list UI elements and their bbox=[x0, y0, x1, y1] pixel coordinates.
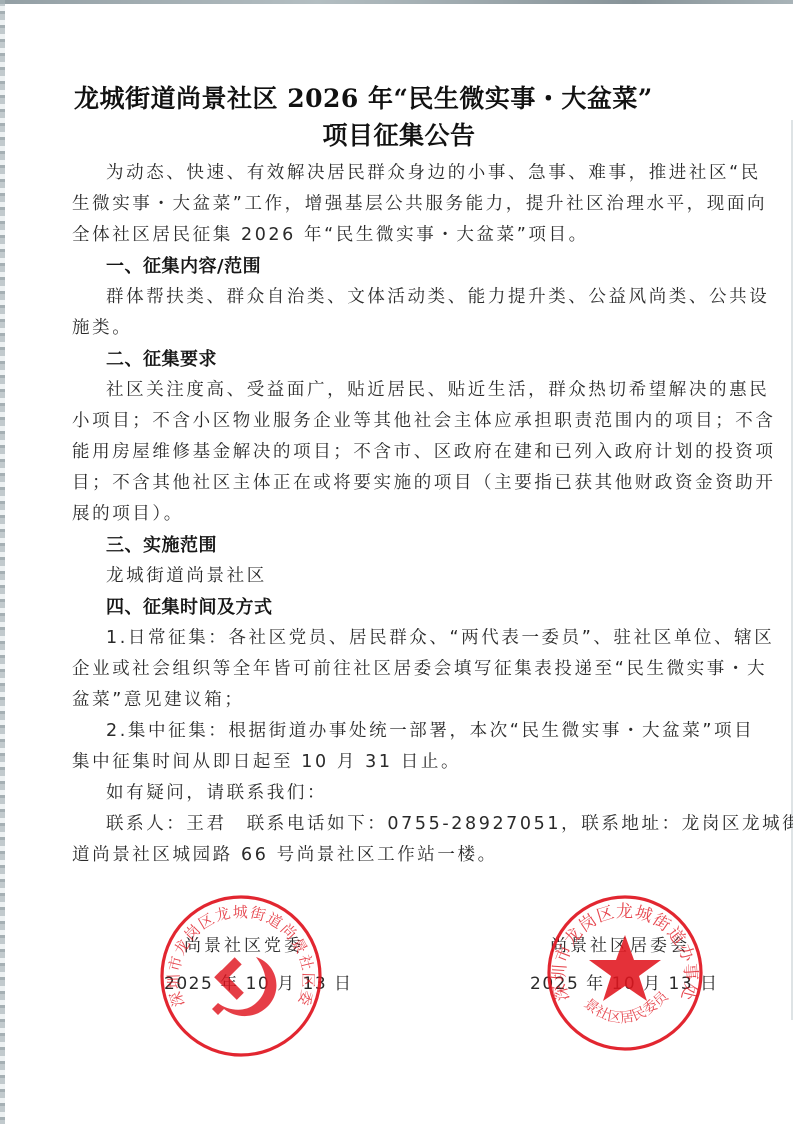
section-body-requirements: 社区关注度高、受益面广，贴近居民、贴近生活，群众热切希望解决的惠民 小项目；不含… bbox=[72, 375, 726, 530]
signature-party-committee: 尚景社区党委 2025 年 10 月 13 日 bbox=[164, 927, 353, 1003]
text-line: 施类。 bbox=[72, 313, 726, 344]
document-page: 龙城街道尚景社区 2026 年“民生微实事・大盆菜” 项目征集公告 为动态、快速… bbox=[72, 80, 726, 871]
text-line: 群体帮扶类、群众自治类、文体活动类、能力提升类、公益风尚类、公共设 bbox=[72, 282, 726, 313]
section-body-scope: 群体帮扶类、群众自治类、文体活动类、能力提升类、公益风尚类、公共设 施类。 bbox=[72, 282, 726, 344]
section-heading-requirements: 二、征集要求 bbox=[72, 344, 726, 375]
text-line: 为动态、快速、有效解决居民群众身边的小事、急事、难事，推进社区“民 bbox=[72, 158, 726, 189]
title-line-1: 龙城街道尚景社区 2026 年“民生微实事・大盆菜” bbox=[74, 80, 726, 117]
text-line: 目；不含其他社区主体正在或将要实施的项目（主要指已获其他财政资金资助开 bbox=[72, 468, 726, 499]
text-line: 2.集中征集：根据街道办事处统一部署，本次“民生微实事・大盆菜”项目 bbox=[72, 716, 726, 747]
text-line: 能用房屋维修基金解决的项目；不含市、区政府在建和已列入政府计划的投资项 bbox=[72, 437, 726, 468]
contact-address-line: 道尚景社区城园路 66 号尚景社区工作站一楼。 bbox=[72, 840, 726, 871]
document-title: 龙城街道尚景社区 2026 年“民生微实事・大盆菜” 项目征集公告 bbox=[72, 80, 726, 154]
text-line: 集中征集时间从即日起至 10 月 31 日止。 bbox=[72, 747, 726, 778]
text-line: 全体社区居民征集 2026 年“民生微实事・大盆菜”项目。 bbox=[72, 220, 726, 251]
document-body: 为动态、快速、有效解决居民群众身边的小事、急事、难事，推进社区“民 生微实事・大… bbox=[72, 158, 726, 871]
intro-paragraph: 为动态、快速、有效解决居民群众身边的小事、急事、难事，推进社区“民 生微实事・大… bbox=[72, 158, 726, 251]
text-line: 社区关注度高、受益面广，贴近居民、贴近生活，群众热切希望解决的惠民 bbox=[72, 375, 726, 406]
signature-date: 2025 年 10 月 13 日 bbox=[164, 965, 353, 1003]
text-line: 龙城街道尚景社区 bbox=[72, 561, 726, 592]
section-heading-implementation: 三、实施范围 bbox=[72, 530, 726, 561]
title-line-2: 项目征集公告 bbox=[72, 117, 726, 154]
section-heading-time-method: 四、征集时间及方式 bbox=[72, 592, 726, 623]
text-line: 展的项目）。 bbox=[72, 499, 726, 530]
text-line: 生微实事・大盆菜”工作，增强基层公共服务能力，提升社区治理水平，现面向 bbox=[72, 189, 726, 220]
text-line: 如有疑问，请联系我们： bbox=[72, 778, 726, 809]
signature-org: 尚景社区党委 bbox=[164, 927, 353, 965]
section-heading-scope: 一、征集内容/范围 bbox=[72, 251, 726, 282]
text-line: 1.日常征集：各社区党员、居民群众、“两代表一委员”、驻社区单位、辖区 bbox=[72, 623, 726, 654]
section-body-time-method: 1.日常征集：各社区党员、居民群众、“两代表一委员”、驻社区单位、辖区 企业或社… bbox=[72, 623, 726, 871]
text-line: 盆菜”意见建议箱； bbox=[72, 685, 726, 716]
section-body-implementation: 龙城街道尚景社区 bbox=[72, 561, 726, 592]
scan-edge-left bbox=[0, 0, 5, 1124]
signature-residents-committee: 尚景社区居委会 2025 年 10 月 13 日 bbox=[530, 927, 719, 1003]
scan-edge-top bbox=[0, 0, 793, 4]
contact-line: 联系人：王君 联系电话如下：0755-28927051，联系地址：龙岗区龙城街 bbox=[72, 809, 726, 840]
signature-org: 尚景社区居委会 bbox=[530, 927, 719, 965]
text-line: 企业或社会组织等全年皆可前往社区居委会填写征集表投递至“民生微实事・大 bbox=[72, 654, 726, 685]
signature-date: 2025 年 10 月 13 日 bbox=[530, 965, 719, 1003]
text-line: 小项目；不含小区物业服务企业等其他社会主体应承担职责范围内的项目；不含 bbox=[72, 406, 726, 437]
